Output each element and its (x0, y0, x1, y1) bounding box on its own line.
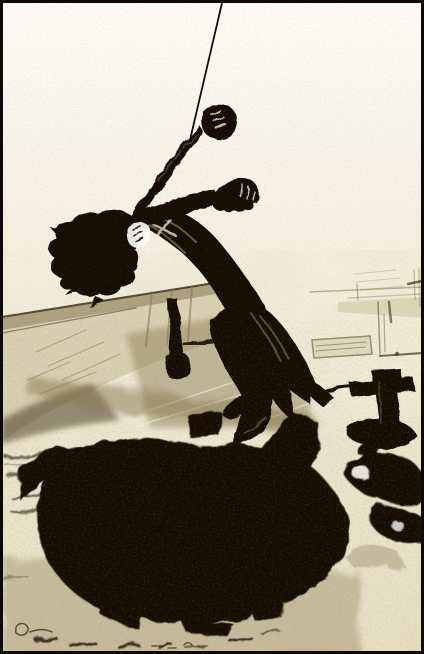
illustration-svg: Sepia ink-and-wash book illustration: a … (0, 0, 424, 654)
grain-overlay-lower (0, 320, 424, 654)
illustration-plate: Sepia ink-and-wash book illustration: a … (0, 0, 424, 654)
